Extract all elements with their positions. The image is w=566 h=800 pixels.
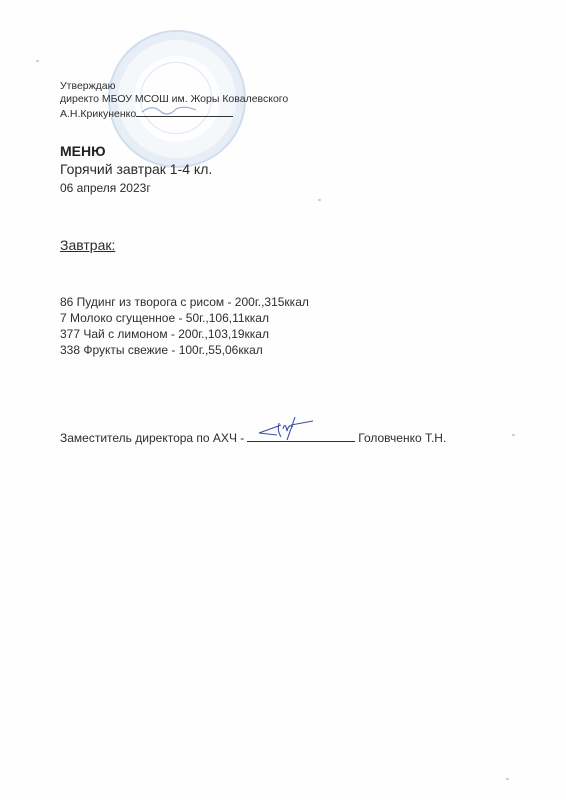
director-signature-icon bbox=[140, 102, 200, 116]
list-item: 338 Фрукты свежие - 100г.,55,06ккал bbox=[60, 342, 309, 358]
meal-heading: Завтрак: bbox=[60, 237, 115, 253]
signoff-block: Заместитель директора по АХЧ - Головченк… bbox=[60, 429, 446, 445]
list-item: 86 Пудинг из творога с рисом - 200г.,315… bbox=[60, 294, 309, 310]
scan-speck bbox=[512, 434, 515, 436]
list-item: 7 Молоко сгущенное - 50г.,106,11ккал bbox=[60, 310, 309, 326]
menu-subtitle: Горячий завтрак 1-4 кл. bbox=[60, 161, 212, 177]
approval-label: Утверждаю bbox=[60, 80, 288, 93]
approval-signer-name: А.Н.Крикуненко bbox=[60, 108, 136, 120]
scan-speck bbox=[318, 199, 321, 201]
scan-speck bbox=[36, 60, 39, 62]
menu-items-list: 86 Пудинг из творога с рисом - 200г.,315… bbox=[60, 294, 309, 358]
director-signature-line bbox=[136, 106, 233, 117]
approval-signer: А.Н.Крикуненко bbox=[60, 106, 288, 121]
scan-speck bbox=[506, 778, 509, 780]
list-item: 377 Чай с лимоном - 200г.,103,19ккал bbox=[60, 326, 309, 342]
deputy-signature-icon bbox=[255, 415, 315, 441]
menu-title: МЕНЮ bbox=[60, 143, 106, 159]
signoff-name: Головченко Т.Н. bbox=[358, 431, 446, 445]
document-page: Утверждаю директо МБОУ МСОШ им. Жоры Ков… bbox=[0, 0, 566, 800]
signoff-position: Заместитель директора по АХЧ - bbox=[60, 431, 244, 445]
approval-block: Утверждаю директо МБОУ МСОШ им. Жоры Ков… bbox=[60, 80, 288, 121]
deputy-signature-line bbox=[247, 429, 355, 442]
menu-date: 06 апреля 2023г bbox=[60, 181, 151, 195]
